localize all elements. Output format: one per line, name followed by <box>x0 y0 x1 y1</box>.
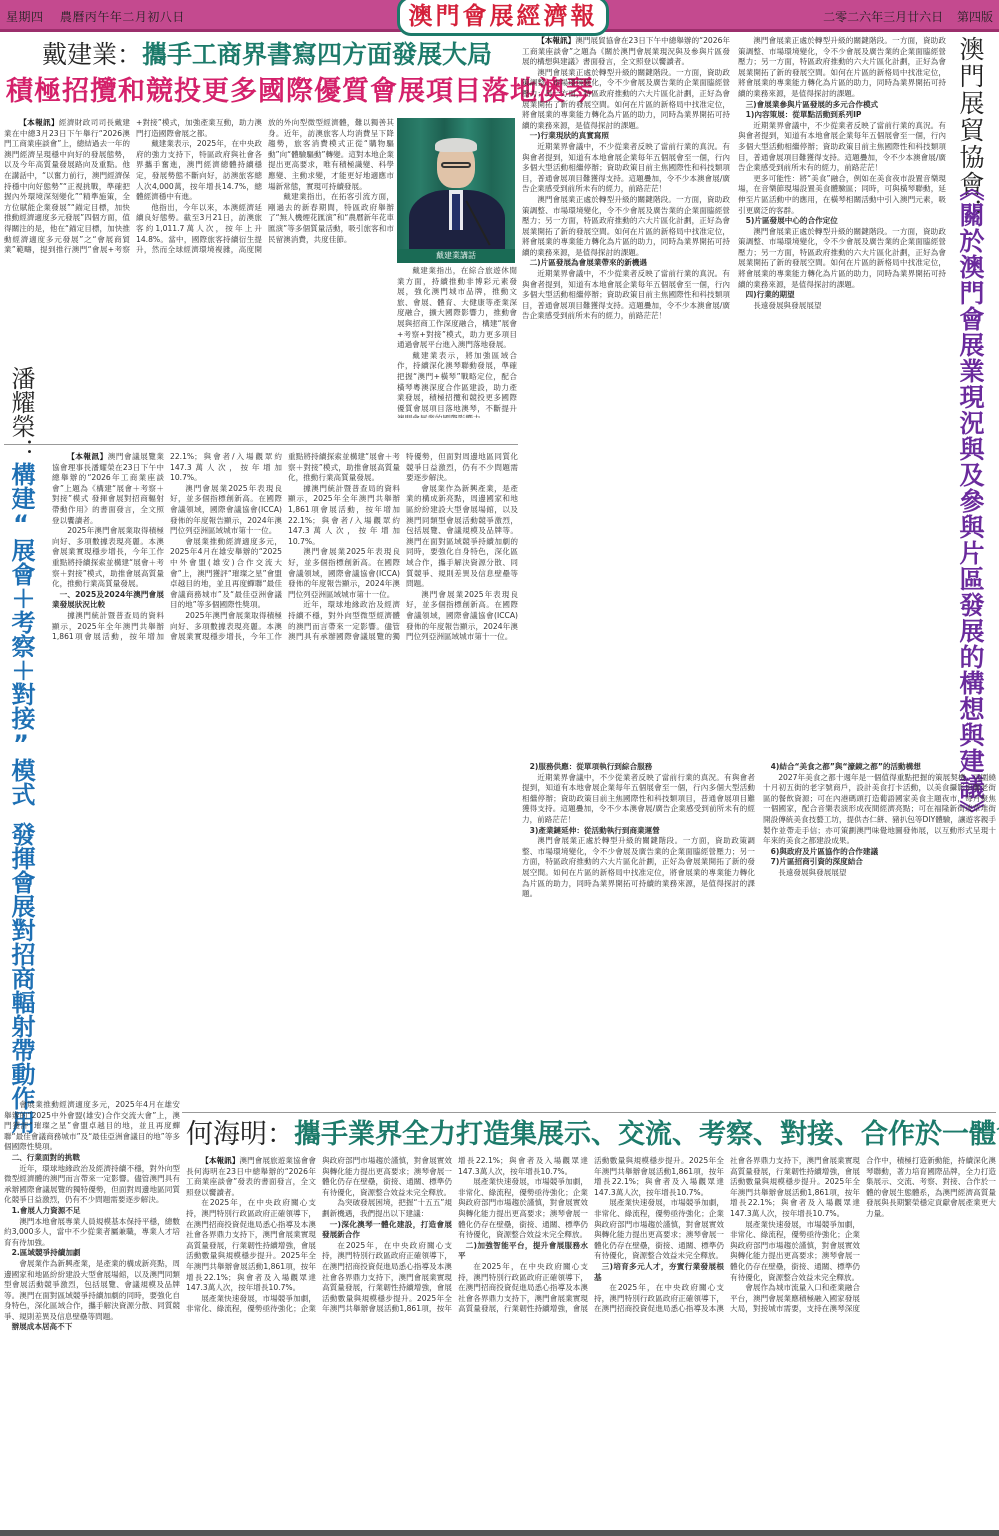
masthead: 星期四 農曆丙午年二月初八日 澳門會展經濟報 二零二六年三月廿六日 第四版 <box>0 0 999 32</box>
article2-paragraph: 澳門本地會展專業人員規模基本保持平穩，總數約3,000多人，當中不少從業者屬兼職… <box>4 1217 180 1249</box>
article3-paragraph: 澳門會展業正處於轉型升級的關鍵階段。一方面，資助政策調整、市場環境變化，令不少會… <box>522 836 755 900</box>
newspaper-logo: 澳門會展經濟報 <box>397 0 609 36</box>
article1-paragraph: 戴建業指出，在綜合旅遊休閒業方面，持續推動非博彩元素發展，強化澳門城市品牌，推動… <box>397 266 517 351</box>
article2-paragraph: 據澳門統計暨普查局的資料顯示，2025年全年澳門共舉辦1,861項會展活動，按年… <box>288 484 400 548</box>
article3-paragraph: 澳門會展業正處於轉型升級的關鍵階段。一方面，資助政策調整、市場環境變化，令不少會… <box>738 36 946 100</box>
article3-subheading: 四)行業的期望 <box>738 290 946 301</box>
article2-body: 【本報訊】澳門會議展覽業協會理事長潘耀榮在23日下午中總舉辦的“2026年工商業… <box>52 452 518 1100</box>
article4-paragraph: 展產業快速發展，市場競爭加劇，非常化、綠流程，優勢亟待強化；企業與政府部門市場趨… <box>594 1198 724 1262</box>
article1-paragraph: 戴建業表示，將加強區域合作，持續深化澳琴聯動發展，準確把握“澳門+橫琴”戰略定位… <box>397 351 517 418</box>
article2-lead-tag: 【本報訊】 <box>67 452 108 461</box>
article4-subheading: 三)培育多元人才，夯實行業發展根基 <box>594 1262 724 1283</box>
article1-headline-person: 戴建業： <box>42 40 142 69</box>
article3-subheading: 三)會展業參與片區發展的多元合作模式 <box>738 100 946 111</box>
article2-subheading: 辦展成本居高不下 <box>4 1322 180 1333</box>
divider <box>182 1112 996 1113</box>
article4-paragraph: 為突破發展困境，把握“十五五”規劃新機遇，我們提出以下建議： <box>322 1198 452 1219</box>
article2-paragraph: 澳門會展業2025年表現良好，並多個指標創新高。在國際會議領域，國際會議協會(I… <box>406 590 518 643</box>
article2-paragraph: 會展業推動經濟適度多元，2025年4月在雄安舉辦的“2025中外會盟(雄安)合作… <box>4 1100 180 1153</box>
article3-subheading: 2)服務供應：從單項執行到綜合服務 <box>522 762 755 773</box>
article2-paragraph: 2025年澳門會展業取得積極向好、多項數據表現亮麗。本澳會展業實現穩步增長，今年… <box>52 526 164 590</box>
article3-paragraph: 長遠發展與發展展望 <box>738 301 946 312</box>
article2-paragraph: 會展業作為新興產業，是產業的構成新亮點，周邊國家和地區紛紛建設大型會展場館，以及… <box>4 1259 180 1323</box>
article3-paragraph: 澳門會展業正處於轉型升級的關鍵階段。一方面，資助政策調整、市場環境變化，令不少會… <box>522 68 730 132</box>
article3-subheading: 4)結合“美食之都”與“濠鏡之都”的活動構想 <box>763 762 996 773</box>
article3-subheading: 一)行業現狀的真實寫照 <box>522 131 730 142</box>
article3-paragraph: 近期業界會議中，不少從業者反映了當前行業的真況。有與會者提到，知道有本地會展企業… <box>522 142 730 195</box>
article4-paragraph: 展產業快速發展，市場競爭加劇，非常化、綠流程，優勢亟待強化；企業與政府部門市場趨… <box>458 1177 588 1241</box>
article2-paragraph: 近年，環球地緣政治及經濟持續不穩，對外向型微型經濟體的澳門而言帶來一定影響。儘管… <box>4 1164 180 1206</box>
article3-subheading: 6)與政府及片區協作的合作建議 <box>763 847 996 858</box>
article3-body-continued: 2)服務供應：從單項執行到綜合服務 近期業界會議中，不少從業者反映了當前行業的真… <box>522 762 996 1108</box>
article2-subheading: 1.會展人力資源不足 <box>4 1206 180 1217</box>
weekday: 星期四 <box>6 10 44 24</box>
article2-subheading: 一、2025及2024年澳門會展業發展狀況比較 <box>52 590 164 611</box>
masthead-dates-left: 星期四 農曆丙午年二月初八日 <box>6 8 197 25</box>
article3-paragraph: 近期業界會議中，不少從業者反映了當前行業的真況。有與會者提到，知道有本地會展企業… <box>522 773 755 826</box>
article3-subheading: 1)內容策展：從單點活動到系列IP <box>738 110 946 121</box>
article3-subheading: 3)產業鏈延伸：從活動執行到商業運營 <box>522 826 755 837</box>
page-number: 第四版 <box>957 10 993 24</box>
article1-body-continued: 戴建業指出，在綜合旅遊休閒業方面，持續推動非博彩元素發展，強化澳門城市品牌，推動… <box>397 266 517 418</box>
article2-paragraph: 會展業作為新興產業，是產業的構成新亮點，周邊國家和地區紛紛建設大型會展場館，以及… <box>406 484 518 590</box>
article2-headline-sub: 發揮會展對招商輻射帶動作用 <box>4 822 39 1134</box>
lunar-date: 農曆丙午年二月初八日 <box>60 10 185 24</box>
article4-body: 【本報訊】澳門會展旅遊業協會會長何海明在23日中總舉辦的“2026年工商業座談會… <box>186 1156 996 1528</box>
article1-paragraph: 戴建業指出，在拓客引流方面，剛過去的新春期間，特區政府舉辦了“無人機煙花匯演”和… <box>268 192 394 245</box>
article4-subheading: 一)深化澳琴一體化建設，打造會展發展新合作 <box>322 1220 452 1241</box>
article2-paragraph: 澳門會議展覽業協會理事長潘耀榮在23日下午中總舉辦的“2026年工商業座談會”上… <box>52 452 164 525</box>
article2-headline-main: 構建“展會＋考察＋對接”模式 <box>4 462 39 806</box>
article3-paragraph: 長遠發展與發展展望 <box>763 868 996 879</box>
photo-glasses <box>441 162 471 168</box>
article2-paragraph: 會展業推動經濟適度多元，2025年4月在雄安舉辦的“2025中外會盟(雄安)合作… <box>170 537 282 611</box>
footer-bar <box>0 1530 999 1536</box>
article4-lead-tag: 【本報訊】 <box>201 1156 239 1165</box>
article3-headline-main: 《關於澳門會展業現況與及參與片區發展的構想與建議》 <box>952 176 988 826</box>
article1-paragraph: 戴建業表示，2025年，在中央政府的強力支持下，特區政府與社會各界攜手奮進，澳門… <box>136 139 262 203</box>
photo-tie <box>452 194 460 230</box>
article4-headline-main: 攜手業界全力打造集展示、交流、考察、對接、合作於一體會展生態體系 <box>294 1119 999 1150</box>
article1-subheadline: 積極招攬和競投更多國際優質會展項目落地澳琴 <box>6 76 594 108</box>
article3-subheading: 二)片區發展為會展業帶來的新機遇 <box>522 258 730 269</box>
article2-headline-person: 潘耀榮： <box>4 366 39 462</box>
article4-paragraph: 展產業快速發展，市場競爭加劇，非常化、綠流程，優勢亟待強化；企業與政府部門市場趨… <box>730 1220 860 1284</box>
article3-paragraph: 澳門會展業正處於轉型升級的關鍵階段。一方面，資助政策調整、市場環境變化，令不少會… <box>738 227 946 291</box>
article3-body: 【本報訊】澳門展貿協會在23日下午中總舉辦的“2026年工商業座談會”之題為《關… <box>522 36 946 762</box>
article3-paragraph: 近期業界會議中，不少從業者反映了當前行業的真況。有與會者提到，知道有本地會展企業… <box>522 269 730 322</box>
article3-paragraph: 更多可能性：將“美食”融合，例如在美食夜市設置音樂現場，在音樂節現場設置美食體驗… <box>738 174 946 216</box>
article1-headline-main: 攜手工商界書寫四方面發展大局 <box>142 40 492 69</box>
article2-subheading: 2.區域競爭持續加劇 <box>4 1248 180 1259</box>
masthead-dates-right: 二零二六年三月廿六日 第四版 <box>813 8 993 25</box>
article3-subheading: 5)片區發展中心的合作定位 <box>738 216 946 227</box>
article2-paragraph: 澳門會展業2025年表現良好，並多個指標創新高。在國際會議領域，國際會議協會(I… <box>288 547 400 600</box>
article3-paragraph: 2027年美食之都十週年是一個值得重點把握的策展契機。可圍繞十月初五街的老字號商… <box>763 773 996 847</box>
article2-subheading: 二、行業面對的挑戰 <box>4 1153 180 1164</box>
article1-body: 【本報訊】經濟財政司司長戴建業在中總3月23日下午舉行“2026澳門工商業座談會… <box>4 118 394 418</box>
speaker-photo: 戴建業講話 <box>397 118 515 263</box>
article4-headline-person: 何海明： <box>186 1119 294 1150</box>
article2-paragraph: 澳門會展業2025年表現良好，並多個指標創新高。在國際會議領域，國際會議協會(I… <box>170 484 282 537</box>
article3-subheading: 7)片區招商引資的深度結合 <box>763 857 996 868</box>
divider <box>4 444 518 445</box>
article3-paragraph: 近期業界會議中，不少從業者反映了當前行業的真況。有與會者提到，知道有本地會展企業… <box>738 121 946 174</box>
photo-caption: 戴建業講話 <box>397 249 515 263</box>
article1-lead-tag: 【本報訊】 <box>19 118 59 127</box>
article3-lead-tag: 【本報訊】 <box>537 36 575 45</box>
article2-body-continued: 會展業推動經濟適度多元，2025年4月在雄安舉辦的“2025中外會盟(雄安)合作… <box>4 1100 180 1530</box>
article4-subheading: 二)加強智能平台，提升會展服務水平 <box>458 1241 588 1262</box>
article1-headline: 戴建業：攜手工商界書寫四方面發展大局 <box>42 40 492 70</box>
photo-hair <box>435 138 477 152</box>
gregorian-date: 二零二六年三月廿六日 <box>823 10 943 24</box>
article4-headline: 何海明：攜手業界全力打造集展示、交流、考察、對接、合作於一體會展生態體系 <box>186 1118 999 1152</box>
article3-paragraph: 澳門會展業正處於轉型升級的關鍵階段。一方面，資助政策調整、市場環境變化，令不少會… <box>522 195 730 259</box>
article4-paragraph: 在2025年，在中央政府關心支持，澳門特別行政區政府正確領導下，在澳門招商投資促… <box>186 1198 316 1293</box>
